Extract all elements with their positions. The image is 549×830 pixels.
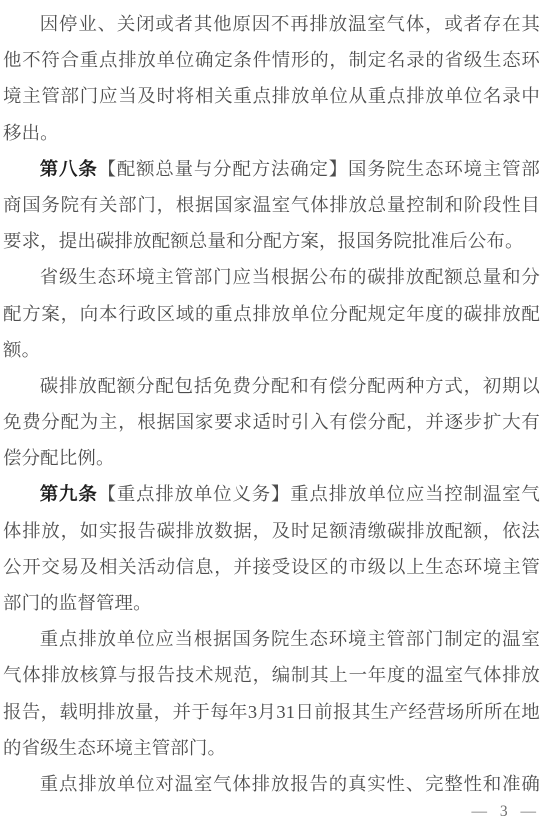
text-line: 配方案，向本行政区域的重点排放单位分配规定年度的碳排放配 bbox=[3, 296, 540, 332]
text-line: 气体排放核算与报告技术规范，编制其上一年度的温室气体排放 bbox=[3, 657, 540, 693]
text-line: 省级生态环境主管部门应当根据公布的碳排放配额总量和分 bbox=[3, 259, 540, 295]
article-number: 第九条 bbox=[40, 483, 98, 504]
document-body: 因停业、关闭或者其他原因不再排放温室气体，或者存在其他不符合重点排放单位确定条件… bbox=[0, 0, 549, 802]
text-line: 商国务院有关部门，根据国家温室气体排放总量控制和阶段性目标 bbox=[3, 187, 540, 223]
text-line: 碳排放配额分配包括免费分配和有偿分配两种方式，初期以 bbox=[3, 368, 540, 404]
article-number: 第八条 bbox=[40, 158, 98, 179]
text-line: 免费分配为主，根据国家要求适时引入有偿分配，并逐步扩大有 bbox=[3, 404, 540, 440]
text-line: 重点排放单位应当根据国务院生态环境主管部门制定的温室 bbox=[3, 621, 540, 657]
text-line: 他不符合重点排放单位确定条件情形的，制定名录的省级生态环 bbox=[3, 42, 540, 78]
text-line: 体排放，如实报告碳排放数据，及时足额清缴碳排放配额，依法 bbox=[3, 513, 540, 549]
text-line: 偿分配比例。 bbox=[3, 440, 540, 476]
text-line: 的省级生态环境主管部门。 bbox=[3, 730, 540, 766]
page-number: — 3 — bbox=[472, 803, 538, 821]
text-line: 第九条【重点排放单位义务】重点排放单位应当控制温室气 bbox=[3, 476, 540, 512]
text-line: 移出。 bbox=[3, 115, 540, 151]
text-line: 第八条【配额总量与分配方法确定】国务院生态环境主管部门 bbox=[3, 151, 540, 187]
text-line: 因停业、关闭或者其他原因不再排放温室气体，或者存在其 bbox=[3, 6, 540, 42]
text-line: 重点排放单位对温室气体排放报告的真实性、完整性和准确 bbox=[3, 766, 540, 802]
text-line: 额。 bbox=[3, 332, 540, 368]
text-line: 公开交易及相关活动信息，并接受设区的市级以上生态环境主管 bbox=[3, 549, 540, 585]
document-page: 因停业、关闭或者其他原因不再排放温室气体，或者存在其他不符合重点排放单位确定条件… bbox=[0, 0, 549, 830]
text-line: 部门的监督管理。 bbox=[3, 585, 540, 621]
text-line: 报告，载明排放量，并于每年3月31日前报其生产经营场所所在地 bbox=[3, 694, 540, 730]
text-line: 要求，提出碳排放配额总量和分配方案，报国务院批准后公布。 bbox=[3, 223, 540, 259]
text-line: 境主管部门应当及时将相关重点排放单位从重点排放单位名录中 bbox=[3, 78, 540, 114]
